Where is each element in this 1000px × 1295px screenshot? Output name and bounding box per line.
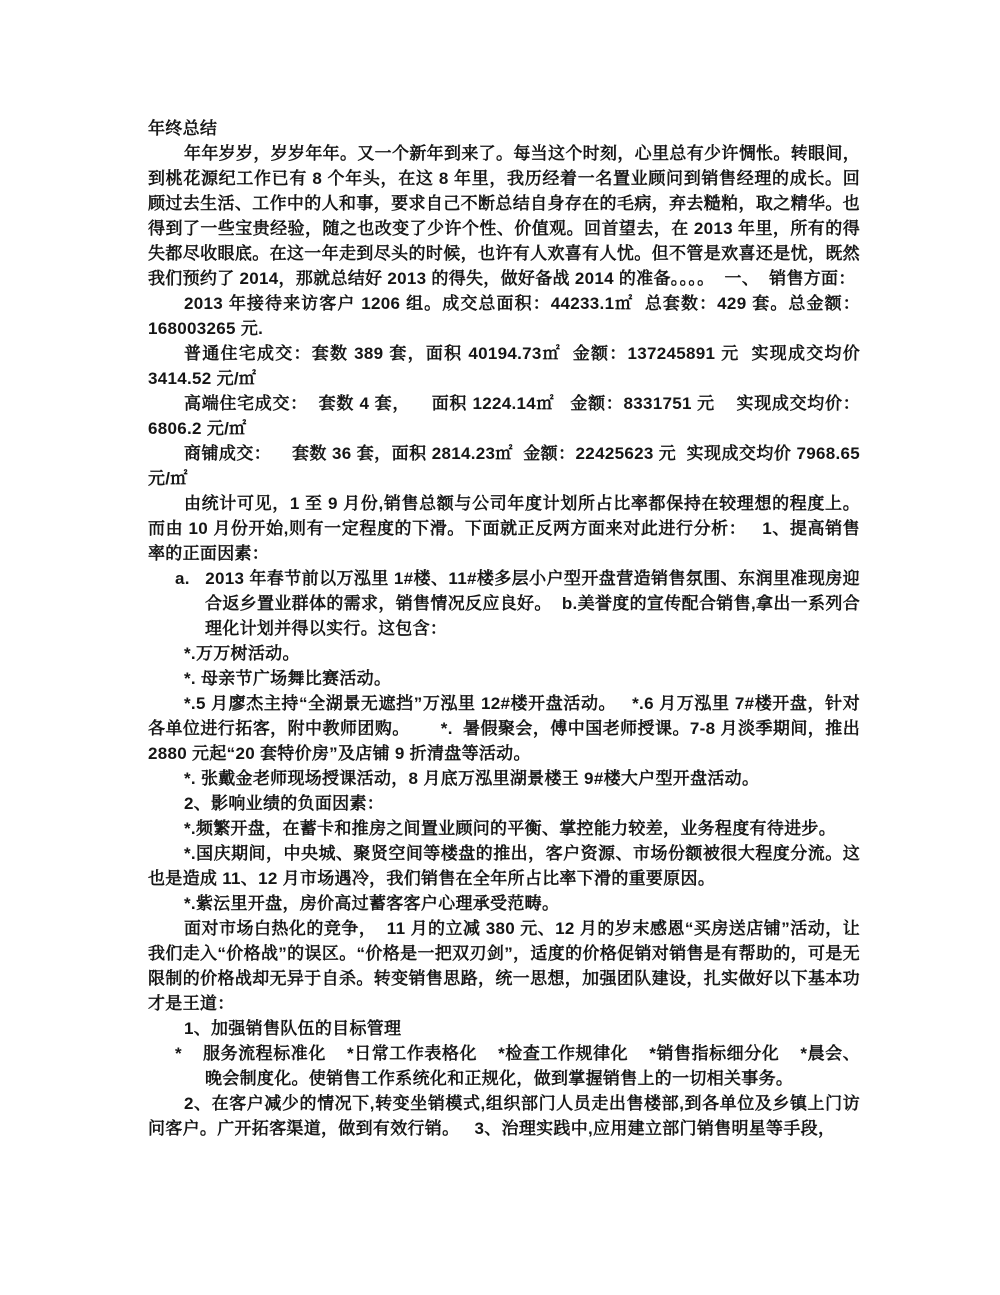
paragraph-negative-factors-heading: 2、影响业绩的负面因素： (148, 791, 860, 816)
paragraph-activity-openings: *.5 月廖杰主持“全湖景无遮挡”万泓里 12#楼开盘活动。 *.6 月万泓里 … (148, 691, 860, 766)
paragraph-negative-national-day: *.国庆期间，中央城、聚贤空间等楼盘的推出，客户资源、市场份额被很大程度分流。这… (148, 841, 860, 891)
paragraph-shops: 商铺成交： 套数 36 套，面积 2814.23㎡ 金额：22425623 元 … (148, 441, 860, 491)
paragraph-price-war: 面对市场白热化的竞争， 11 月的立减 380 元、12 月的岁末感恩“买房送店… (148, 916, 860, 1016)
paragraph-positive-factor-a: a. 2013 年春节前以万泓里 1#楼、11#楼多层小户型开盘营造销售氛围、东… (205, 566, 860, 641)
paragraph-statistics-analysis: 由统计可见，1 至 9 月份,销售总额与公司年度计划所占比率都保持在较理想的程度… (148, 491, 860, 566)
paragraph-highend-housing: 高端住宅成交： 套数 4 套， 面积 1224.14㎡ 金额：8331751 元… (148, 391, 860, 441)
paragraph-negative-ziyunli: *.紫沄里开盘，房价高过蓄客客户心理承受范畴。 (148, 891, 860, 916)
paragraph-activity-wanwanshu: *.万万树活动。 (148, 641, 860, 666)
paragraph-activity-teacher: *. 张戴金老师现场授课活动，8 月底万泓里湖景楼王 9#楼大户型开盘活动。 (148, 766, 860, 791)
document-body: 年终总结 年年岁岁，岁岁年年。又一个新年到来了。每当这个时刻，心里总有少许惆怅。… (148, 116, 860, 1141)
paragraph-ordinary-housing: 普通住宅成交：套数 389 套，面积 40194.73㎡ 金额：13724589… (148, 341, 860, 391)
paragraph-negative-frequent-openings: *.频繁开盘，在蓄卡和推房之间置业顾问的平衡、掌控能力较差，业务程度有待进步。 (148, 816, 860, 841)
document-page: 年终总结 年年岁岁，岁岁年年。又一个新年到来了。每当这个时刻，心里总有少许惆怅。… (0, 0, 1000, 1295)
paragraph-outreach: 2、在客户减少的情况下,转变坐销模式,组织部门人员走出售楼部,到各单位及乡镇上门… (148, 1091, 860, 1141)
paragraph-activity-mothersday: *. 母亲节广场舞比赛活动。 (148, 666, 860, 691)
paragraph-intro: 年年岁岁，岁岁年年。又一个新年到来了。每当这个时刻，心里总有少许惆怅。转眼间，到… (148, 141, 860, 291)
document-title: 年终总结 (148, 116, 860, 141)
paragraph-total-sales: 2013 年接待来访客户 1206 组。成交总面积：44233.1㎡ 总套数：4… (148, 291, 860, 341)
paragraph-standardization-items: * 服务流程标准化 *日常工作表格化 *检查工作规律化 *销售指标细分化 *晨会… (205, 1041, 860, 1091)
paragraph-goal-management: 1、加强销售队伍的目标管理 (148, 1016, 860, 1041)
